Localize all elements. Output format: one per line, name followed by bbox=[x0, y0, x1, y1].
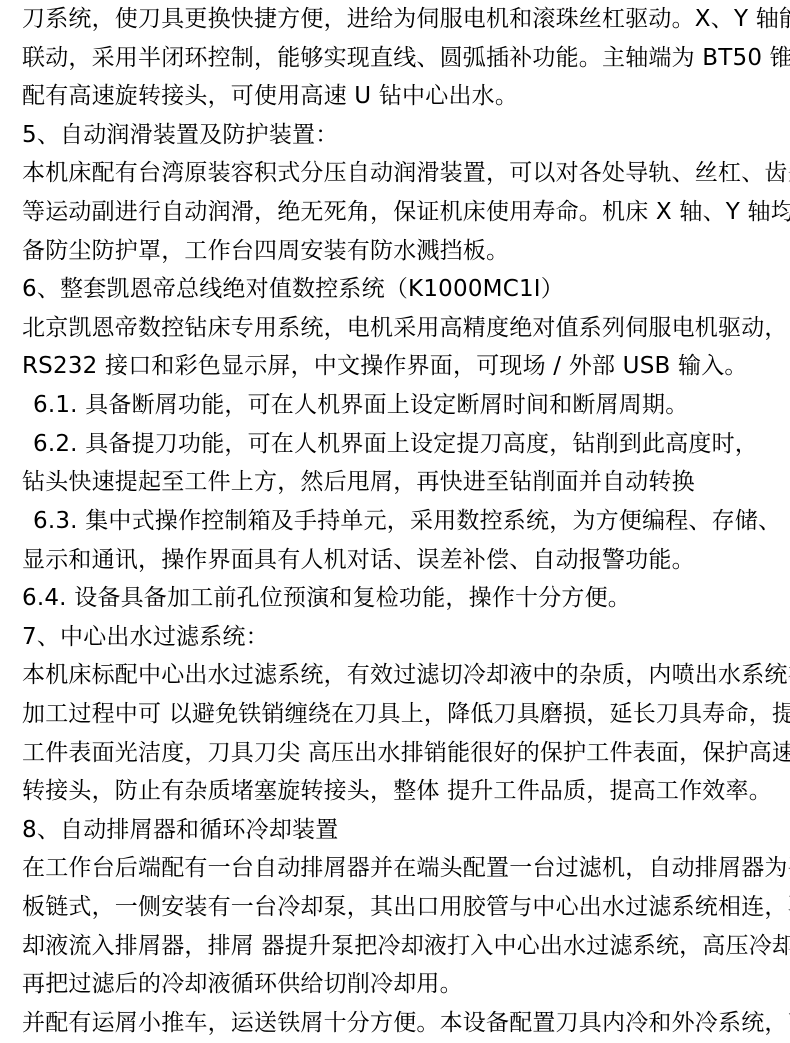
text-line: 6.3. 集中式操作控制箱及手持单元，采用数控系统，为方便编程、存储、 bbox=[22, 502, 770, 541]
text-line: 却液流入排屑器，排屑 器提升泵把冷却液打入中心出水过滤系统，高压冷却泵 bbox=[22, 927, 770, 966]
text-line: 8、自动排屑器和循环冷却装置 bbox=[22, 811, 770, 850]
text-line: 联动，采用半闭环控制，能够实现直线、圆弧插补功能。主轴端为 BT50 锥孔， bbox=[22, 39, 770, 78]
text-line: 6.4. 设备具备加工前孔位预演和复检功能，操作十分方便。 bbox=[22, 579, 770, 618]
text-line: 备防尘防护罩，工作台四周安装有防水溅挡板。 bbox=[22, 232, 770, 271]
text-line: 7、中心出水过滤系统： bbox=[22, 618, 770, 657]
text-line: 本机床配有台湾原装容积式分压自动润滑装置，可以对各处导轨、丝杠、齿条 bbox=[22, 154, 770, 193]
text-line: 再把过滤后的冷却液循环供给切削冷却用。 bbox=[22, 965, 770, 1004]
text-line: 钻头快速提起至工件上方，然后甩屑，再快进至钻削面并自动转换 bbox=[22, 463, 770, 502]
text-line: 北京凯恩帝数控钻床专用系统，电机采用高精度绝对值系列伺服电机驱动， bbox=[22, 309, 770, 348]
text-line: 板链式，一侧安装有一台冷却泵，其出口用胶管与中心出水过滤系统相连，冷 bbox=[22, 888, 770, 927]
text-line: 并配有运屑小推车，运送铁屑十分方便。本设备配置刀具内冷和外冷系统，高 bbox=[22, 1004, 770, 1043]
text-line: 配有高速旋转接头，可使用高速 U 钻中心出水。 bbox=[22, 77, 770, 116]
text-line: 加工过程中可 以避免铁销缠绕在刀具上，降低刀具磨损，延长刀具寿命，提高 bbox=[22, 695, 770, 734]
text-line: 显示和通讯，操作界面具有人机对话、误差补偿、自动报警功能。 bbox=[22, 541, 770, 580]
text-line: 5、自动润滑装置及防护装置： bbox=[22, 116, 770, 155]
text-line: 6.1. 具备断屑功能，可在人机界面上设定断屑时间和断屑周期。 bbox=[22, 386, 770, 425]
text-line: 在工作台后端配有一台自动排屑器并在端头配置一台过滤机，自动排屑器为平 bbox=[22, 849, 770, 888]
text-line: RS232 接口和彩色显示屏，中文操作界面，可现场 / 外部 USB 输入。 bbox=[22, 347, 770, 386]
text-line: 刀系统，使刀具更换快捷方便，进给为伺服电机和滚珠丝杠驱动。X、Y 轴能够 bbox=[22, 0, 770, 39]
document-page: 刀系统，使刀具更换快捷方便，进给为伺服电机和滚珠丝杠驱动。X、Y 轴能够联动，采… bbox=[0, 0, 790, 1043]
text-line: 6.2. 具备提刀功能，可在人机界面上设定提刀高度，钻削到此高度时， bbox=[22, 425, 770, 464]
text-line: 本机床标配中心出水过滤系统，有效过滤切冷却液中的杂质，内喷出水系统在 bbox=[22, 656, 770, 695]
text-line: 转接头，防止有杂质堵塞旋转接头，整体 提升工件品质，提高工作效率。 bbox=[22, 772, 770, 811]
text-line: 工件表面光洁度，刀具刀尖 高压出水排销能很好的保护工件表面，保护高速旋 bbox=[22, 734, 770, 773]
document-body: 刀系统，使刀具更换快捷方便，进给为伺服电机和滚珠丝杠驱动。X、Y 轴能够联动，采… bbox=[0, 0, 790, 1042]
text-line: 6、整套凯恩帝总线绝对值数控系统（K1000MC1I） bbox=[22, 270, 770, 309]
text-line: 等运动副进行自动润滑，绝无死角，保证机床使用寿命。机床 X 轴、Y 轴均配 bbox=[22, 193, 770, 232]
